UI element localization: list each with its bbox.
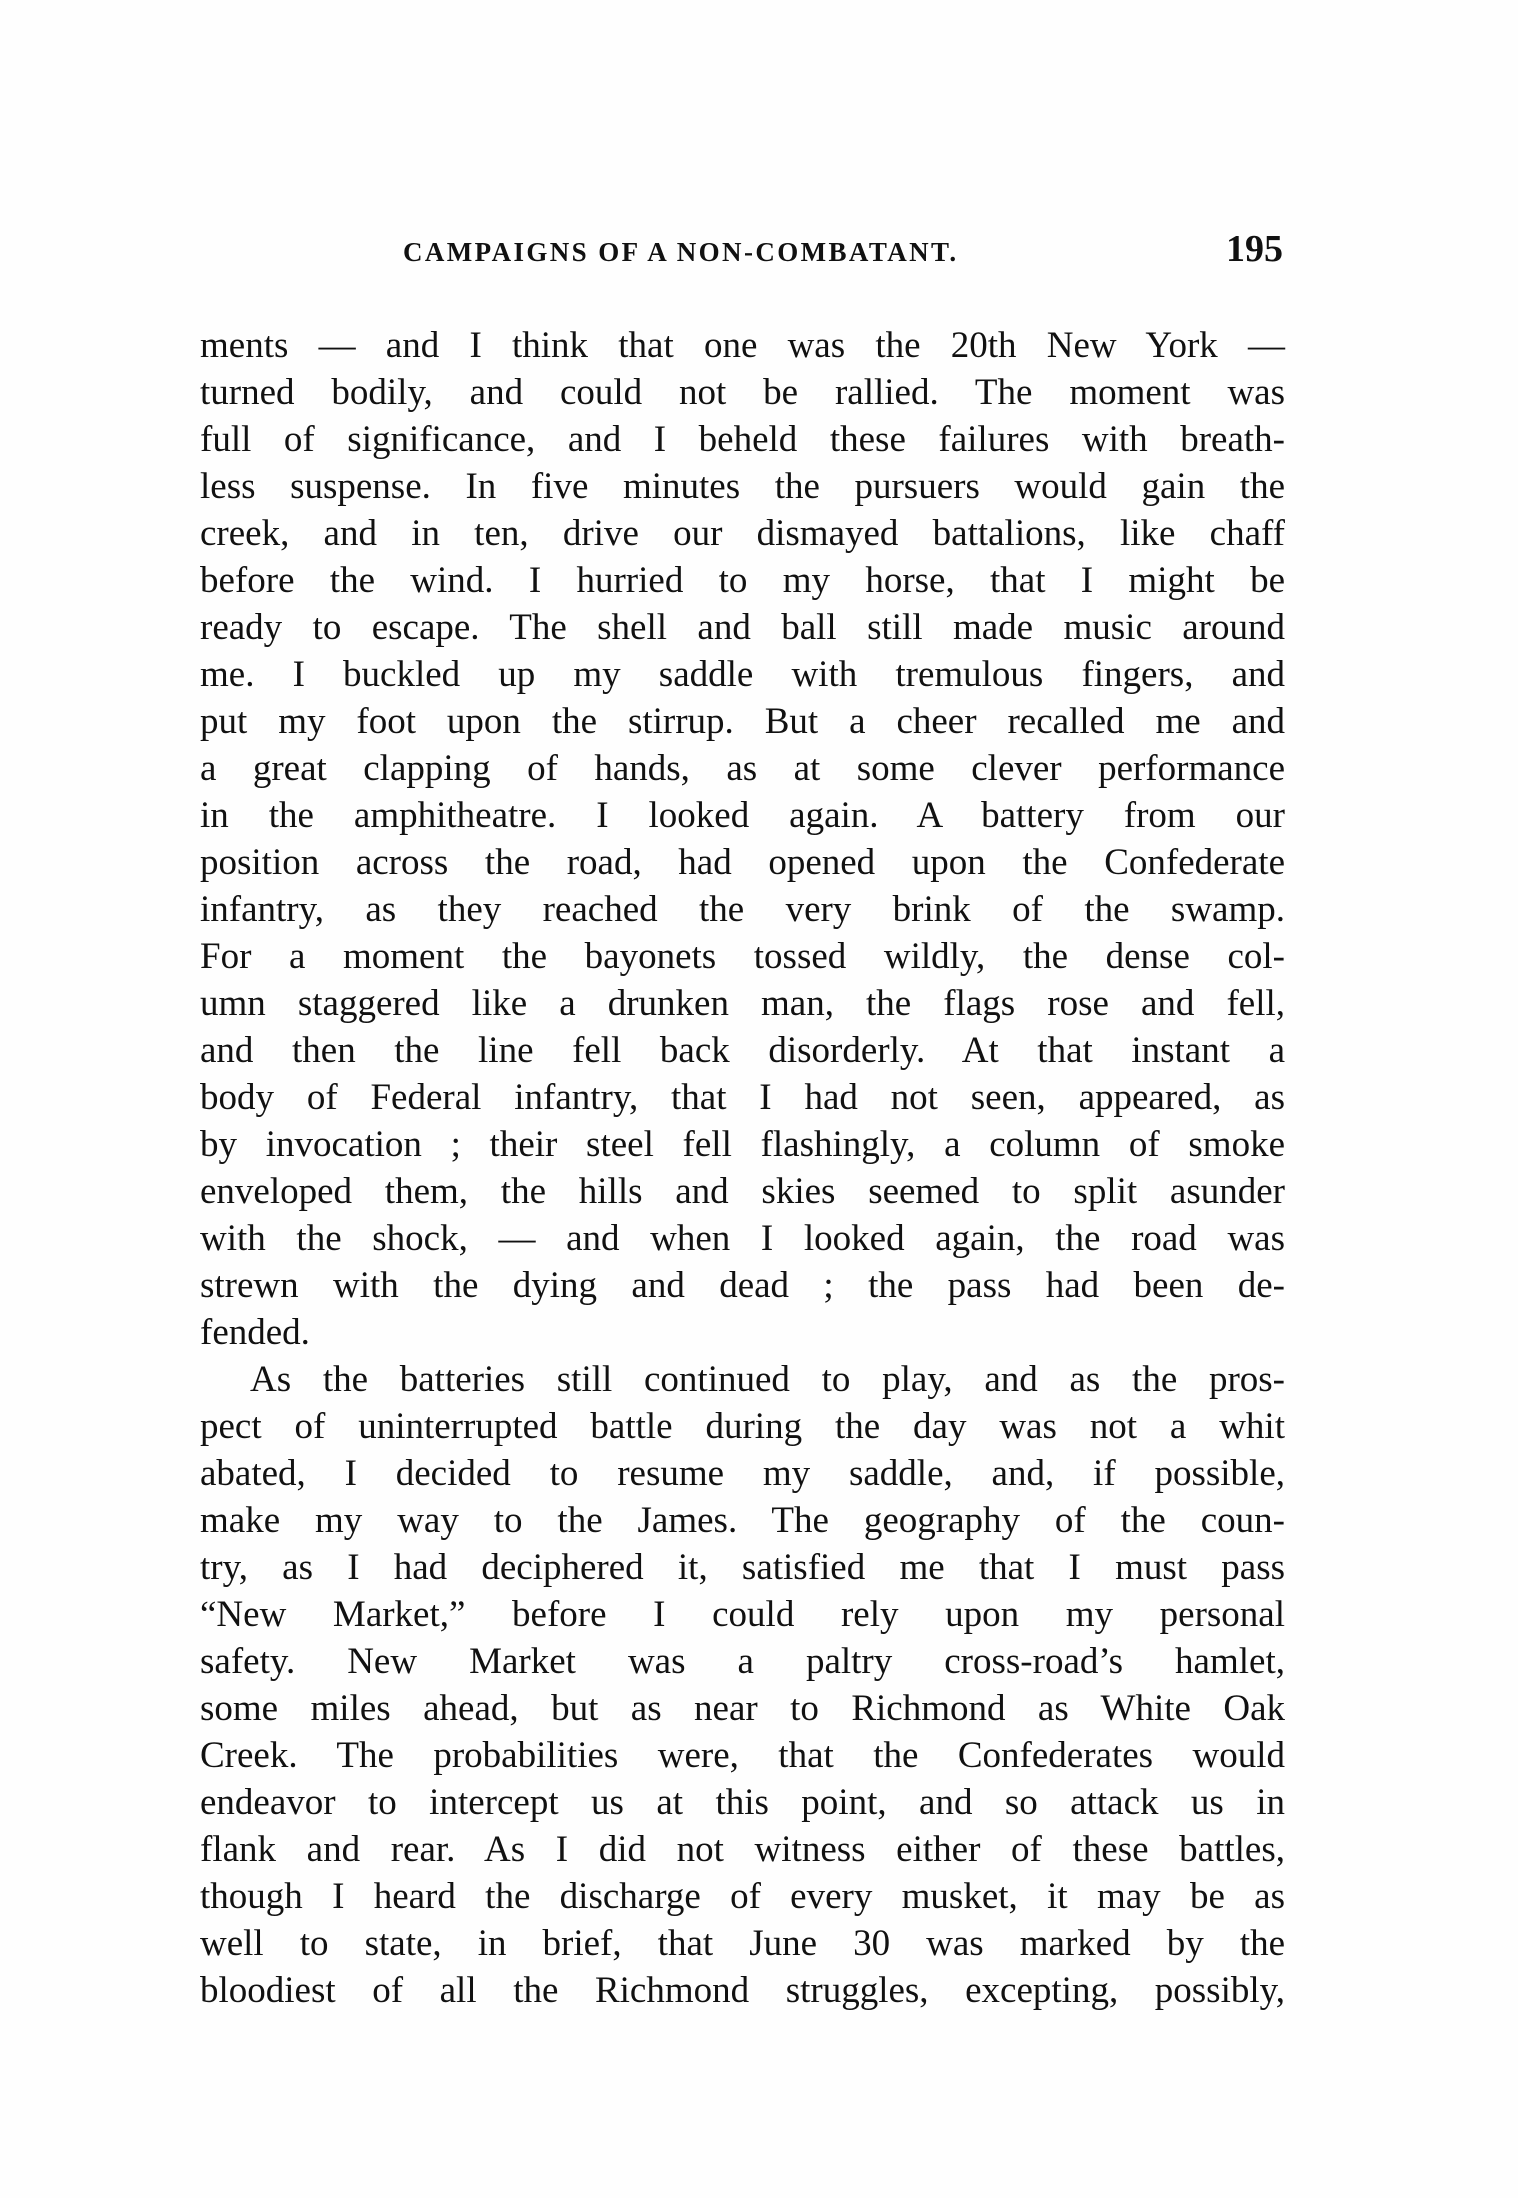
text-line: Creek. The probabilities were, that the … — [200, 1732, 1285, 1779]
text-line: pect of uninterrupted battle during the … — [200, 1403, 1285, 1450]
text-line: make my way to the James. The geography … — [200, 1497, 1285, 1544]
text-line: infantry, as they reached the very brink… — [200, 886, 1285, 933]
text-line: enveloped them, the hills and skies seem… — [200, 1168, 1285, 1215]
text-line: strewn with the dying and dead ; the pas… — [200, 1262, 1285, 1309]
text-line: body of Federal infantry, that I had not… — [200, 1074, 1285, 1121]
text-line: before the wind. I hurried to my horse, … — [200, 557, 1285, 604]
book-page: CAMPAIGNS OF A NON-COMBATANT. 195 ments … — [0, 0, 1518, 2198]
paragraph-start-line: As the batteries still continued to play… — [200, 1356, 1285, 1403]
text-line: position across the road, had opened upo… — [200, 839, 1285, 886]
body-text: ments — and I think that one was the 20t… — [200, 322, 1285, 2014]
text-line: put my foot upon the stirrup. But a chee… — [200, 698, 1285, 745]
text-line: bloodiest of all the Richmond struggles,… — [200, 1967, 1285, 2014]
text-line: with the shock, — and when I looked agai… — [200, 1215, 1285, 1262]
text-line: “New Market,” before I could rely upon m… — [200, 1591, 1285, 1638]
running-title: CAMPAIGNS OF A NON-COMBATANT. — [403, 232, 959, 272]
text-line: though I heard the discharge of every mu… — [200, 1873, 1285, 1920]
text-line: creek, and in ten, drive our dismayed ba… — [200, 510, 1285, 557]
paragraph-end-line: fended. — [200, 1309, 1285, 1356]
text-line: by invocation ; their steel fell flashin… — [200, 1121, 1285, 1168]
running-head: CAMPAIGNS OF A NON-COMBATANT. 195 — [403, 232, 1283, 272]
text-line: in the amphitheatre. I looked again. A b… — [200, 792, 1285, 839]
text-line: some miles ahead, but as near to Richmon… — [200, 1685, 1285, 1732]
text-line: turned bodily, and could not be rallied.… — [200, 369, 1285, 416]
text-line: safety. New Market was a paltry cross-ro… — [200, 1638, 1285, 1685]
text-line: me. I buckled up my saddle with tremulou… — [200, 651, 1285, 698]
text-line: full of significance, and I beheld these… — [200, 416, 1285, 463]
text-line: try, as I had deciphered it, satisfied m… — [200, 1544, 1285, 1591]
text-line: flank and rear. As I did not witness eit… — [200, 1826, 1285, 1873]
text-line: less suspense. In five minutes the pursu… — [200, 463, 1285, 510]
text-line: umn staggered like a drunken man, the fl… — [200, 980, 1285, 1027]
text-line: abated, I decided to resume my saddle, a… — [200, 1450, 1285, 1497]
text-line: For a moment the bayonets tossed wildly,… — [200, 933, 1285, 980]
text-line: a great clapping of hands, as at some cl… — [200, 745, 1285, 792]
text-line: ments — and I think that one was the 20t… — [200, 322, 1285, 369]
text-line: and then the line fell back disorderly. … — [200, 1027, 1285, 1074]
page-number: 195 — [1226, 229, 1283, 269]
text-line: well to state, in brief, that June 30 wa… — [200, 1920, 1285, 1967]
text-line: endeavor to intercept us at this point, … — [200, 1779, 1285, 1826]
text-line: ready to escape. The shell and ball stil… — [200, 604, 1285, 651]
